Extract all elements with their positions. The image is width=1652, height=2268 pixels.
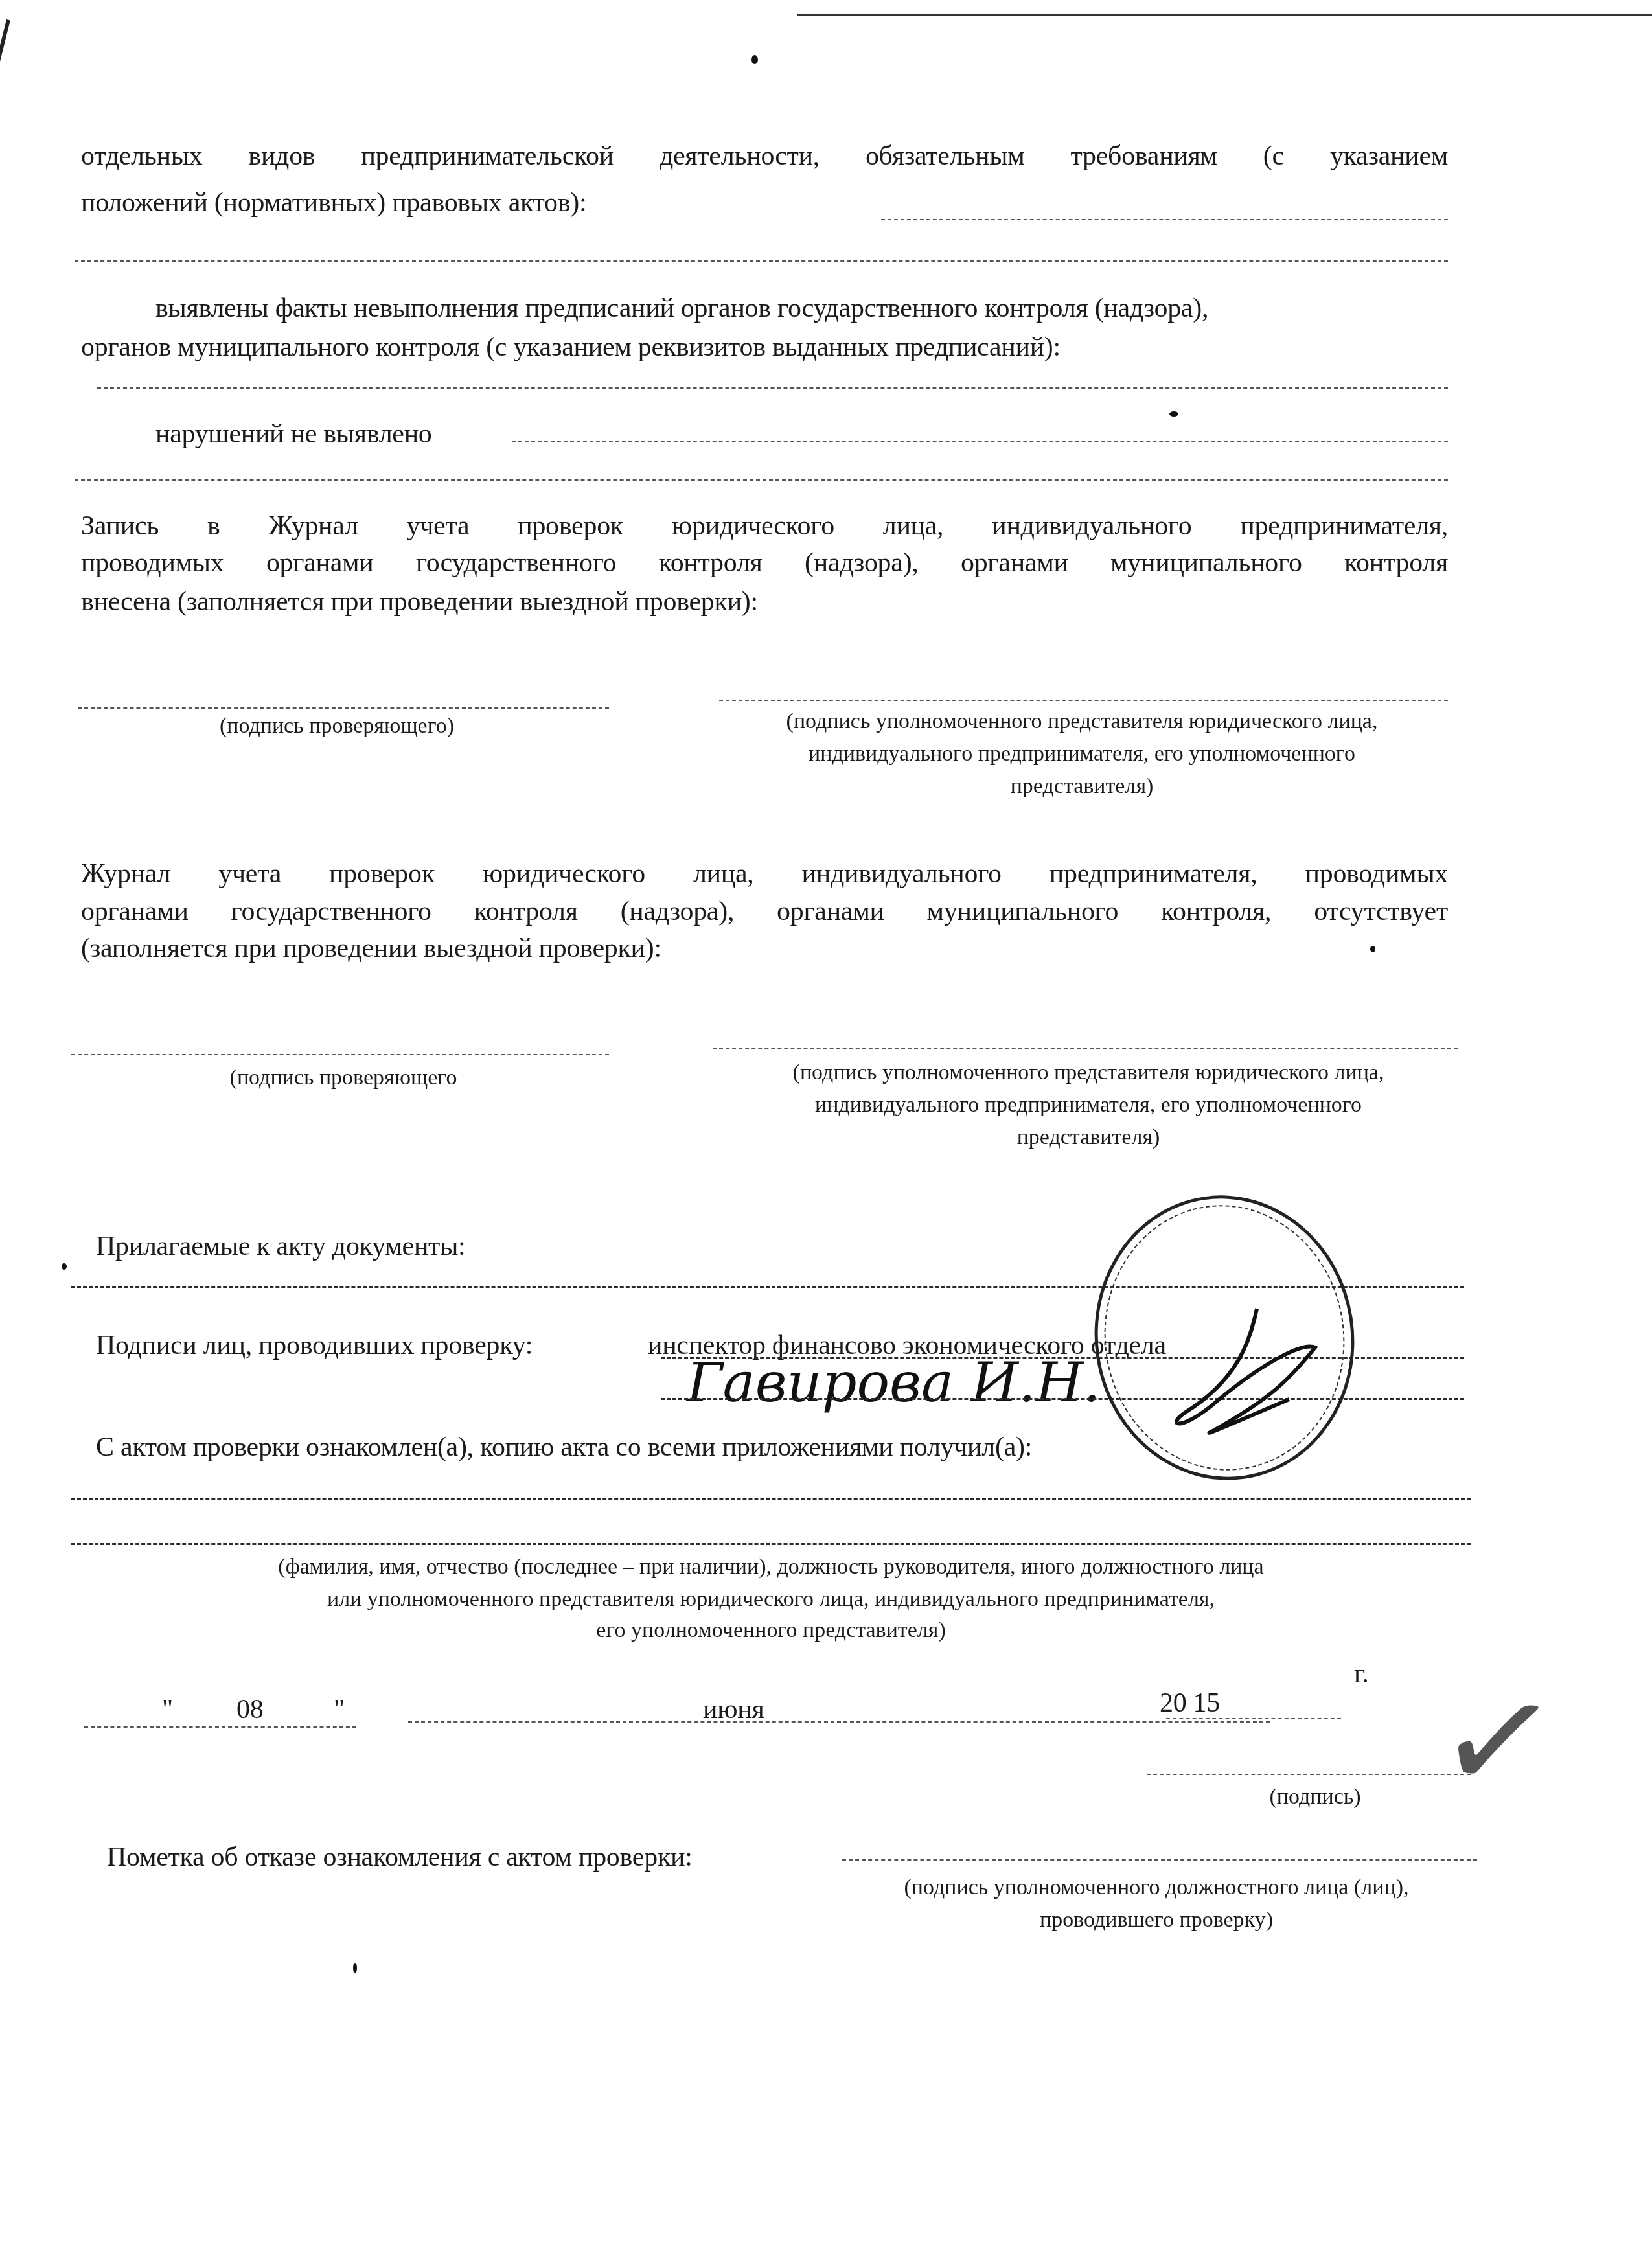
fill-line	[71, 1498, 1471, 1500]
date-month: июня	[703, 1691, 764, 1728]
journal-entry-line1: Запись в Журнал учета проверок юридическ…	[81, 507, 1448, 545]
no-violations-text: нарушений не выявлено	[155, 415, 432, 453]
date-day: 08	[236, 1691, 263, 1728]
acknowledged-caption-line3: его уполномоченного представителя)	[78, 1615, 1464, 1646]
fill-line	[97, 387, 1448, 389]
fill-line	[881, 219, 1448, 220]
ink-speck	[751, 55, 758, 64]
handwritten-signature-icon	[1160, 1302, 1328, 1445]
date-month-line	[408, 1721, 1270, 1723]
acknowledged-caption-line1: (фамилия, имя, отчество (последнее – при…	[78, 1552, 1464, 1583]
ink-speck	[1169, 411, 1178, 417]
acknowledged-label: С актом проверки ознакомлен(а), копию ак…	[96, 1428, 1032, 1466]
refusal-label: Пометка об отказе ознакомления с актом п…	[107, 1838, 693, 1876]
caption-representative-line3: представителя)	[719, 1122, 1458, 1153]
date-year-line	[1166, 1718, 1341, 1719]
caption-representative-line2: индивидуального предпринимателя, его упо…	[713, 739, 1451, 770]
date-close-quote: "	[334, 1691, 345, 1728]
para1-line1: отдельных видов предпринимательской деят…	[81, 137, 1448, 175]
date-day-line	[84, 1726, 356, 1728]
caption-inspector-signature: (подпись проверяющего	[97, 1062, 590, 1094]
caption-representative-line1: (подпись уполномоченного представителя ю…	[713, 706, 1451, 737]
handwritten-inspector-name: Гавирова И.Н.	[687, 1351, 1101, 1414]
signature-caption: (подпись)	[1218, 1781, 1412, 1813]
caption-representative-line1: (подпись уполномоченного представителя ю…	[719, 1057, 1458, 1088]
journal-entry-line2: проводимых органами государственного кон…	[81, 544, 1448, 582]
date-open-quote: "	[162, 1691, 173, 1728]
para1-line2: положений (нормативных) правовых актов):	[81, 184, 586, 222]
journal-entry-line3: внесена (заполняется при проведении выез…	[81, 583, 758, 621]
representative-signature-line	[713, 1048, 1458, 1049]
margin-slash-mark	[0, 19, 10, 315]
fill-line	[75, 479, 1448, 481]
journal-absent-line2: органами государственного контроля (надз…	[81, 893, 1448, 930]
refusal-caption-line1: (подпись уполномоченного должностного ли…	[836, 1872, 1477, 1903]
fill-line	[71, 1543, 1471, 1545]
fill-line	[512, 441, 1448, 442]
ink-speck	[62, 1263, 67, 1270]
signature-line	[1147, 1774, 1471, 1775]
date-year-suffix: г.	[1354, 1655, 1368, 1693]
inspectors-signatures-label: Подписи лиц, проводивших проверку:	[96, 1327, 533, 1364]
caption-inspector-signature: (подпись проверяющего)	[91, 711, 583, 742]
refusal-signature-line	[842, 1859, 1477, 1861]
fill-line	[661, 1398, 1464, 1400]
caption-representative-line3: представителя)	[713, 771, 1451, 802]
para2-line1: выявлены факты невыполнения предписаний …	[155, 290, 1208, 327]
fill-line	[75, 260, 1448, 262]
checkmark-icon: ✓	[1427, 1651, 1568, 1831]
date-year: 20 15	[1160, 1684, 1220, 1722]
para2-line2: органов муниципального контроля (с указа…	[81, 328, 1061, 366]
acknowledged-caption-line2: или уполномоченного представителя юридич…	[78, 1584, 1464, 1615]
ink-speck	[353, 1963, 357, 1973]
ink-speck	[1370, 946, 1375, 952]
inspector-signature-line	[71, 1054, 609, 1055]
inspector-signature-line	[78, 707, 609, 709]
refusal-caption-line2: проводившего проверку)	[836, 1905, 1477, 1936]
representative-signature-line	[719, 700, 1448, 701]
caption-representative-line2: индивидуального предпринимателя, его упо…	[719, 1090, 1458, 1121]
journal-absent-line1: Журнал учета проверок юридического лица,…	[81, 855, 1448, 893]
journal-absent-line3: (заполняется при проведении выездной про…	[81, 930, 661, 967]
attached-documents-label: Прилагаемые к акту документы:	[96, 1228, 465, 1265]
top-edge-line	[797, 14, 1652, 16]
